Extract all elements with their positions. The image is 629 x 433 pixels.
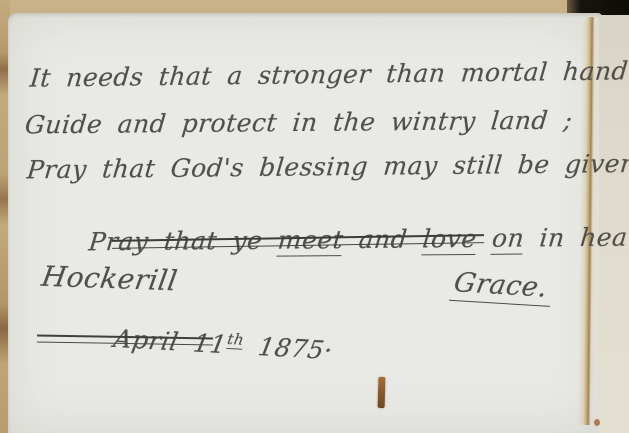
- signature: Grace.: [449, 267, 556, 307]
- poem-line-4-text: in heaven.: [523, 222, 629, 252]
- pressed-leaf-mark: [378, 377, 386, 408]
- scanned-album-page-photo: It needs that a stronger than mortal han…: [0, 0, 629, 433]
- foxing-spot: [594, 419, 600, 426]
- underlined-word-on: on: [491, 224, 526, 255]
- date-year: 1875·: [241, 331, 336, 365]
- poem-line-2: Guide and protect in the wintry land ;: [24, 106, 574, 140]
